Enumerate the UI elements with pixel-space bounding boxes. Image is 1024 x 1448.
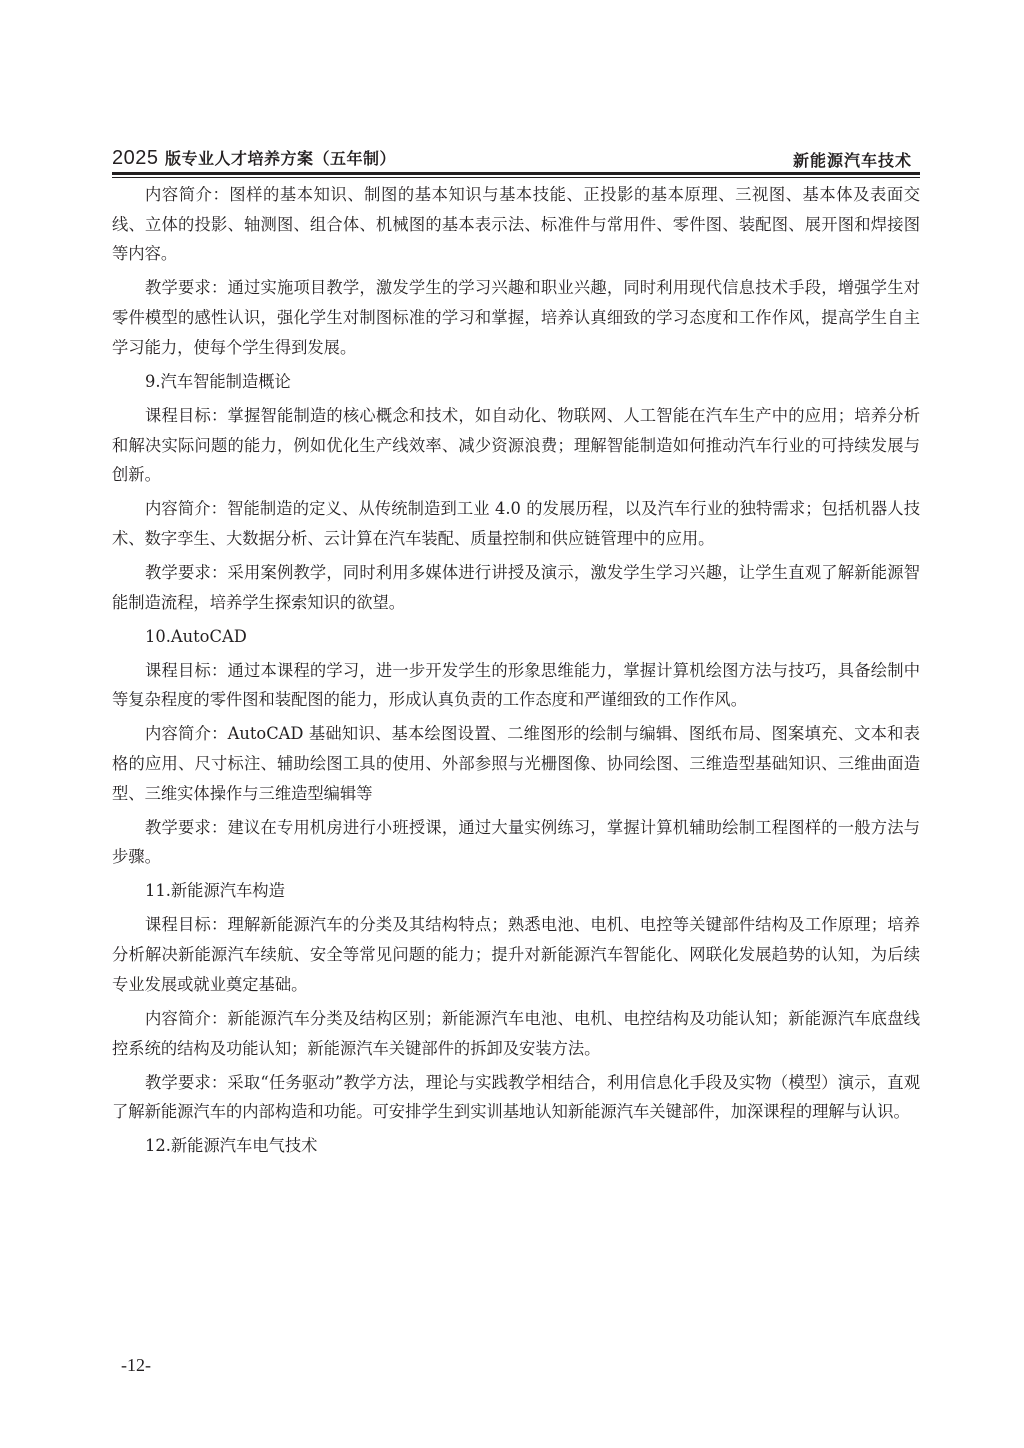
paragraph: 教学要求：通过实施项目教学，激发学生的学习兴趣和职业兴趣，同时利用现代信息技术手…	[112, 273, 920, 362]
section-heading: 11.新能源汽车构造	[112, 876, 920, 906]
document-title: 2025 版专业人才培养方案（五年制）	[112, 146, 396, 170]
paragraph: 课程目标：通过本课程的学习，进一步开发学生的形象思维能力，掌握计算机绘图方法与技…	[112, 656, 920, 715]
paragraph: 课程目标：理解新能源汽车的分类及其结构特点；熟悉电池、电机、电控等关键部件结构及…	[112, 910, 920, 999]
header-rule-thin	[112, 177, 920, 178]
document-title-text: 版专业人才培养方案（五年制）	[165, 149, 396, 168]
section-heading: 12.新能源汽车电气技术	[112, 1131, 920, 1161]
page-header: 2025 版专业人才培养方案（五年制） 新能源汽车技术	[112, 142, 912, 172]
paragraph: 教学要求：采用案例教学，同时利用多媒体进行讲授及演示，激发学生学习兴趣，让学生直…	[112, 558, 920, 617]
paragraph: 内容简介：智能制造的定义、从传统制造到工业 4.0 的发展历程，以及汽车行业的独…	[112, 494, 920, 553]
paragraph: 教学要求：采取“任务驱动”教学方法，理论与实践教学相结合，利用信息化手段及实物（…	[112, 1068, 920, 1127]
paragraph: 教学要求：建议在专用机房进行小班授课，通过大量实例练习，掌握计算机辅助绘制工程图…	[112, 813, 920, 872]
major-name: 新能源汽车技术	[793, 148, 912, 171]
paragraph: 内容简介：新能源汽车分类及结构区别；新能源汽车电池、电机、电控结构及功能认知；新…	[112, 1004, 920, 1063]
document-year: 2025	[112, 147, 159, 169]
section-heading: 9.汽车智能制造概论	[112, 367, 920, 397]
header-rule-thick	[112, 172, 920, 175]
document-body: 内容简介：图样的基本知识、制图的基本知识与基本技能、正投影的基本原理、三视图、基…	[112, 180, 920, 1165]
section-heading: 10.AutoCAD	[112, 622, 920, 652]
paragraph: 内容简介：图样的基本知识、制图的基本知识与基本技能、正投影的基本原理、三视图、基…	[112, 180, 920, 269]
paragraph: 课程目标：掌握智能制造的核心概念和技术，如自动化、物联网、人工智能在汽车生产中的…	[112, 401, 920, 490]
paragraph: 内容简介：AutoCAD 基础知识、基本绘图设置、二维图形的绘制与编辑、图纸布局…	[112, 719, 920, 808]
page-number: -12-	[121, 1355, 151, 1376]
